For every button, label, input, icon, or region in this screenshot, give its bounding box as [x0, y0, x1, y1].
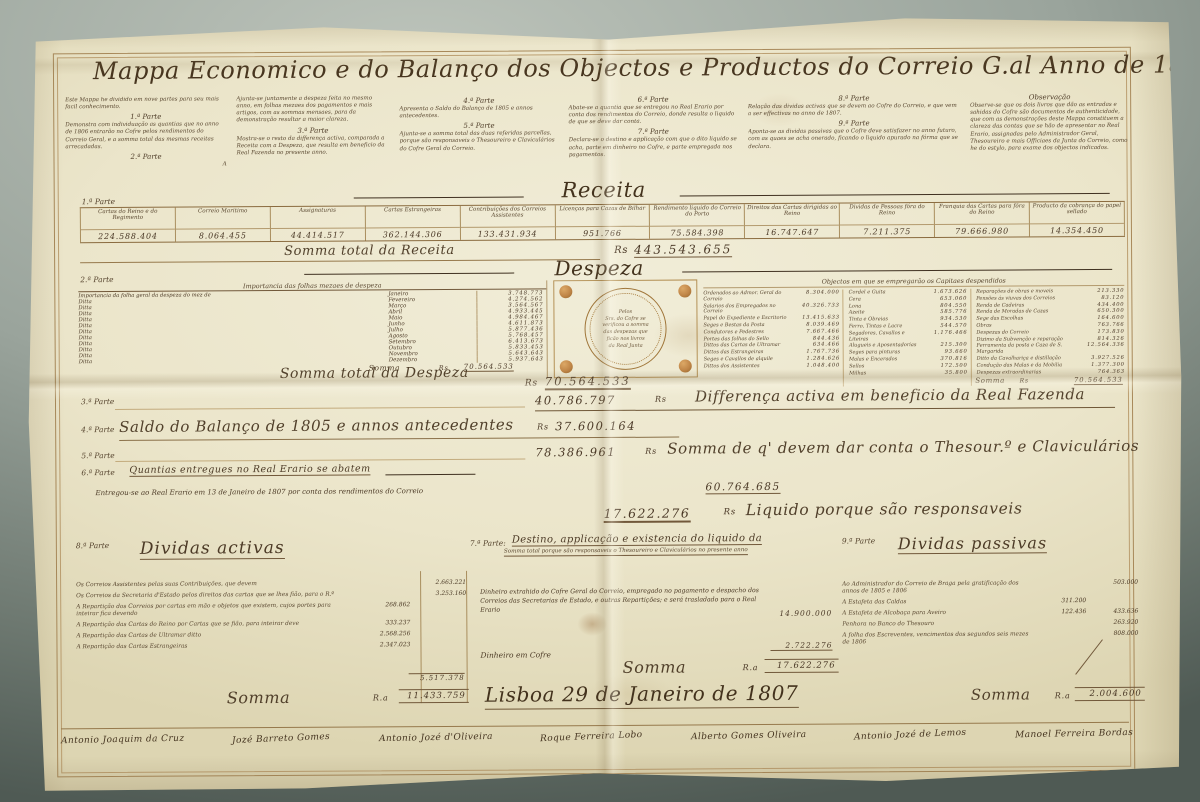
- passivas-item-value-outer: 263.920: [1086, 619, 1138, 626]
- saldo-currency: Rs: [537, 422, 549, 431]
- passivas-item-value-inner: 122.436: [1040, 608, 1086, 615]
- differenca-value: 40.786.797: [535, 393, 616, 407]
- destino-item2-value: 2.722.276: [770, 641, 832, 651]
- objectos-item-label: Sellos: [849, 364, 922, 370]
- parte-5-heading: 5.ª Parte: [399, 122, 558, 131]
- objectos-item-value: 1.284.626: [794, 356, 840, 362]
- passivas-item-row: A Estafeta de Alcobaça para Aveiro 122.4…: [842, 608, 1138, 618]
- objectos-item-value: 1.673.626: [921, 289, 967, 295]
- receita-column: Dividas de Pessoas fóra do Reino 7.211.3…: [840, 203, 935, 238]
- objectos-item-value: 213.330: [1078, 288, 1124, 294]
- differenca-currency: Rs: [655, 395, 667, 404]
- objectos-item-value: 844.436: [794, 335, 840, 341]
- parte-8-text: Relação das dividas activas que se devem…: [748, 103, 960, 119]
- objectos-item-label: Salarios dos Empregados no Correio: [703, 303, 793, 315]
- objectos-item-value: 634.466: [794, 342, 840, 348]
- parte-4-heading: 4.ª Parte: [399, 96, 558, 105]
- parte-9-heading: 9.ª Parte: [748, 119, 960, 128]
- observacao-text: Observe-se que os dois livros que dão as…: [970, 102, 1129, 153]
- objectos-item-label: Condução das Malas e da Mobilia: [977, 363, 1079, 369]
- objectos-item-value: 215.300: [921, 342, 967, 348]
- observacao-heading: Observação: [970, 93, 1129, 102]
- activas-items: Os Correios Assistentes pelas suas Contr…: [76, 579, 466, 654]
- activas-item-label: A Repartição das Cartas Estrangeiras: [76, 642, 358, 651]
- activas-subtotal: 5.517.378: [409, 673, 465, 682]
- notes-col-2: Ajunta-se juntamente a despeza feita no …: [236, 95, 390, 196]
- entregue-value: 60.764.685: [705, 481, 780, 494]
- objectos-item-value: 544.570: [921, 323, 967, 329]
- signature: Manoel Ferreira Bordas: [1015, 728, 1133, 740]
- activas-item-label: Os Correios Assistentes pelas suas Contr…: [76, 581, 358, 590]
- objectos-item-value: 164.600: [1078, 315, 1124, 321]
- parte-9-text: Aponta-se as dividas passivas que o Cofr…: [748, 128, 960, 151]
- receita-column-header: Rendimento liquido do Correio do Porto: [650, 204, 744, 227]
- dividas-activas-panel: 8.ª Parte Dividas activas Os Correios As…: [76, 535, 469, 725]
- signature: Antonio Joaquim da Cruz: [61, 734, 185, 746]
- objectos-item-value: 1.176.466: [921, 330, 967, 336]
- receita-column: Cartas Estrangeiras 362.144.306: [366, 206, 461, 241]
- activas-item-value-inner: 333.237: [358, 619, 410, 626]
- activas-somma-label: Somma: [227, 688, 291, 707]
- objectos-item-value: 804.550: [921, 302, 967, 308]
- objectos-item-label: Ordenados ao Admor. Geral do Correio: [703, 291, 793, 303]
- receita-column-value: 133.431.934: [461, 227, 555, 240]
- notes-col-5: 8.ª Parte Relação das dividas activas qu…: [748, 92, 961, 193]
- activas-item-row: A Repartição dos Correios por cartas em …: [76, 601, 466, 618]
- receita-column: Cartas do Reino e do Regimento 224.588.4…: [81, 208, 176, 243]
- receita-column-header: Dividas de Pessoas fóra do Reino: [840, 203, 934, 226]
- liquido-currency: Rs: [724, 507, 736, 517]
- receita-column: Contribuições dos Correios Assistentes 1…: [460, 205, 555, 240]
- passivas-somma-label: Somma: [971, 685, 1031, 703]
- receita-column: Direitos das Cartas dirigidas ao Reino 1…: [745, 204, 840, 239]
- receita-column-value: 224.588.404: [81, 230, 175, 243]
- parte-4-margin-label: 4.ª Parte: [81, 425, 114, 434]
- parte-3-text: Mostra-se o resto da differença activa, …: [237, 135, 390, 157]
- passivas-items: Ao Administrador do Correio de Braga pel…: [842, 579, 1138, 649]
- objectos-item-label: Condutores e Pedestres: [704, 330, 794, 336]
- parte-6-heading: 6.ª Parte: [568, 95, 737, 104]
- receita-column: Licenças para Cazas de Bilhar 951.766: [555, 205, 650, 240]
- seal-pane: PelosSrs. do Cofre severificou a sommada…: [553, 279, 698, 378]
- destino-somma-currency: R.a: [743, 663, 759, 672]
- objectos-row: Milhas 35.800: [849, 369, 968, 377]
- wax-dot: [559, 285, 572, 298]
- notes-col-6: Observação Observe-se que os dois livros…: [970, 91, 1130, 192]
- receita-column-value: 44.414.517: [271, 228, 365, 241]
- objectos-item-value: 83.120: [1078, 295, 1124, 301]
- receita-column-value: 8.064.455: [176, 229, 270, 242]
- objectos-col-b: Cordel e Guita 1.673.626 Cera 653.060: [849, 289, 972, 387]
- activas-somma-value: 11.433.759: [399, 689, 469, 703]
- passivas-item-row: Ao Administrador do Correio de Braga pel…: [842, 579, 1138, 596]
- receita-column-header: Cartas Estrangeiras: [366, 206, 460, 229]
- passivas-item-label: A Estafeta das Caldas: [842, 598, 1040, 606]
- objectos-item-value: 1.048.400: [794, 362, 840, 368]
- objectos-item-label: Ferramenta da posta e Caza de S. Margari…: [976, 344, 1078, 356]
- activas-part-label: 8.ª Parte: [76, 541, 109, 550]
- objectos-item-label: Pensões ás viuvas dos Correios: [976, 296, 1078, 302]
- saldo-value: 37.600.164: [555, 419, 636, 433]
- verification-seal: PelosSrs. do Cofre severificou a sommada…: [584, 288, 666, 370]
- objectos-row: Ordenados ao Admor. Geral do Correio 8.3…: [703, 290, 839, 303]
- somma-contas-value: 78.386.961: [535, 445, 616, 459]
- parte-7-heading: 7.ª Parte: [569, 128, 738, 137]
- objectos-item-value: 934.530: [921, 316, 967, 322]
- somma-contas-currency: Rs: [645, 447, 657, 456]
- receita-column-header: Cartas do Reino e do Regimento: [81, 208, 175, 231]
- activas-item-value-inner: 2.347.023: [358, 641, 410, 648]
- passivas-part-label: 9.ª Parte: [842, 536, 875, 545]
- passivas-item-row: Penhora no Banco do Thesouro 263.920: [842, 619, 1138, 629]
- date-line: Lisboa 29 de Janeiro de 1807: [485, 681, 799, 710]
- wax-dot: [560, 360, 573, 373]
- objectos-col-a: Ordenados ao Admor. Geral do Correio 8.3…: [703, 290, 844, 388]
- objectos-item-value: 172.500: [922, 363, 968, 369]
- objectos-item-value: 173.830: [1079, 329, 1125, 335]
- activas-item-row: A Repartição das Cartas do Reino por Car…: [76, 619, 466, 629]
- activas-item-row: A Repartição das Cartas de Ultramar ditt…: [76, 630, 466, 640]
- receita-column-header: Licenças para Cazas de Bilhar: [555, 205, 649, 228]
- liquido-value: 17.622.276: [604, 505, 691, 523]
- notes-intro: Este Mappa he dividido em nove partes pa…: [65, 96, 226, 111]
- objectos-item-label: Cera: [849, 297, 922, 303]
- receita-section-title: Receita: [534, 178, 674, 203]
- wax-dot: [678, 284, 691, 297]
- objectos-item-value: 7.667.466: [794, 328, 840, 334]
- receita-column-header: Contribuições dos Correios Assistentes: [460, 205, 554, 228]
- activas-item-row: A Repartição das Cartas Estrangeiras 2.3…: [76, 641, 466, 651]
- objectos-item-label: Despezas do Correio: [976, 330, 1078, 336]
- receita-column-value: 7.211.375: [840, 225, 934, 238]
- passivas-somma-value: 2.004.600: [1075, 687, 1145, 701]
- receita-column: Franquia das Cartas para fóra do Reino 7…: [935, 202, 1030, 237]
- parte-7-text: Declara-se o destino e applicação com qu…: [569, 137, 738, 160]
- activas-item-label: Os Correios da Secretaria d'Estado pelos…: [76, 591, 358, 600]
- parte-3-heading: 3.ª Parte: [236, 126, 389, 135]
- activas-item-value-outer: 3.253.160: [410, 590, 466, 597]
- objectos-item-value: 1.767.736: [794, 349, 840, 355]
- despeza-somma-total-currency: Rs: [525, 378, 538, 388]
- objectos-row: Salarios dos Empregados no Correio 40.32…: [703, 302, 839, 315]
- destino-somma-value: 17.622.276: [765, 659, 839, 673]
- parte-1-text: Demonstra com individuação as quantias q…: [65, 122, 226, 152]
- destino-somma-label: Somma: [623, 658, 687, 677]
- objectos-header: Objectos em que se empregarão os Capitae…: [703, 277, 1124, 289]
- passivas-item-value-outer: 503.000: [1086, 579, 1138, 586]
- objectos-item-label: Cordel e Guita: [849, 290, 922, 296]
- passivas-somma-currency: R.a: [1055, 691, 1071, 700]
- passivas-item-label: A Estafeta de Alcobaça para Aveiro: [842, 609, 1040, 617]
- parte-6-text: Quantias entregues no Real Erario se aba…: [129, 463, 370, 476]
- receita-part-label: 1.ª Parte: [82, 197, 115, 206]
- parte-6-text: Abate-se a quantia que se entregou no Re…: [569, 104, 738, 127]
- objectos-item-value: 3.927.526: [1079, 355, 1125, 361]
- objectos-item-label: Dittos dos Assistentes: [704, 364, 794, 370]
- objectos-item-value: 12.564.336: [1079, 342, 1125, 348]
- objectos-item-value: 40.326.733: [794, 302, 840, 308]
- activas-item-row: Os Correios Assistentes pelas suas Contr…: [76, 579, 466, 589]
- objectos-item-value: 35.800: [922, 369, 968, 375]
- objectos-pane: Objectos em que se empregarão os Capitae…: [703, 277, 1125, 378]
- notes-col-1: Este Mappa he dividido em nove partes pa…: [65, 96, 227, 197]
- passivas-item-label: Ao Administrador do Correio de Braga pel…: [842, 580, 1040, 595]
- signature: Antonio Jozé d'Oliveira: [378, 732, 492, 744]
- objectos-somma-currency: Rs: [1020, 378, 1029, 385]
- objectos-item-value: 650.300: [1078, 308, 1124, 314]
- objectos-columns: Ordenados ao Admor. Geral do Correio 8.3…: [703, 288, 1125, 388]
- objectos-item-value: 13.415.633: [794, 315, 840, 321]
- objectos-col-c: Reparações de obras e moveis 213.330 Pen…: [976, 288, 1125, 386]
- dividas-passivas-panel: 9.ª Parte Dividas passivas Ao Administra…: [842, 531, 1145, 721]
- activas-item-value-inner: 2.568.256: [358, 630, 410, 637]
- objectos-item-label: Malas e Encerados: [849, 357, 922, 363]
- sheet-content: Mappa Economico e do Balanço dos Objecto…: [53, 41, 1148, 788]
- receita-column: Producto da cobrança do papel sellado 14…: [1030, 202, 1125, 237]
- destino-item1-value: 14.900.000: [766, 609, 832, 618]
- objectos-item-value: 763.766: [1079, 322, 1125, 328]
- passivas-item-label: A folha dos Escreventes, vencimentos dos…: [842, 631, 1040, 646]
- differenca-text: Differença activa em beneficio da Real F…: [695, 385, 1085, 405]
- destino-part-label: 7.ª Parte:: [470, 539, 506, 548]
- receita-column-value: 951.766: [555, 227, 649, 240]
- activas-item-label: A Repartição dos Correios por cartas em …: [76, 602, 358, 618]
- passivas-item-value-outer: 808.000: [1086, 630, 1138, 637]
- document-paper: Mappa Economico e do Balanço dos Objecto…: [22, 10, 1189, 795]
- passivas-item-value-outer: 433.636: [1086, 608, 1138, 615]
- parte-3-margin-label: 3.ª Parte: [81, 397, 114, 406]
- objectos-item-value: 8.039.469: [794, 322, 840, 328]
- parte-1-heading: 1.ª Parte: [65, 113, 226, 122]
- parte-6-margin-label: 6.ª Parte: [81, 468, 114, 477]
- receita-column-header: Assignaturas: [271, 206, 365, 229]
- objectos-item-value: 434.400: [1078, 301, 1124, 307]
- objectos-row: Dittos dos Assistentes 1.048.400: [704, 362, 840, 370]
- despeza-somma-total-label: Somma total da Despeza: [280, 365, 469, 382]
- activas-item-value-inner: 268.862: [358, 601, 410, 608]
- objectos-item-label: Segadores, Cavallos e Liteiras: [849, 331, 922, 343]
- objectos-item-value: 93.660: [922, 349, 968, 355]
- objectos-item-value: 585.776: [921, 309, 967, 315]
- signature: Alberto Gomes Oliveira: [691, 730, 807, 742]
- objectos-item-value: 814.326: [1079, 335, 1125, 341]
- receita-column-value: 16.747.647: [745, 226, 839, 239]
- activas-title: Dividas activas: [140, 538, 285, 560]
- passivas-item-row: A folha dos Escreventes, vencimentos dos…: [842, 630, 1138, 647]
- activas-somma-currency: R.a: [373, 693, 389, 702]
- parte-8-heading: 8.ª Parte: [748, 94, 960, 103]
- receita-column-value: 75.584.398: [650, 226, 744, 239]
- objectos-item-label: Milhas: [849, 371, 922, 377]
- passivas-item-label: Penhora no Banco do Thesouro: [842, 620, 1040, 628]
- receita-column-header: Franquia das Cartas para fóra do Reino: [935, 202, 1029, 225]
- objectos-row: Ferramenta da posta e Caza de S. Margari…: [976, 342, 1124, 355]
- somma-contas-text: Somma de q' devem dar conta o Thesour.º …: [667, 437, 1139, 458]
- destino-item1-text: Dinheiro extrahido do Cofre Geral do Cor…: [480, 587, 762, 616]
- despeza-somma-total-value: 70.564.533: [545, 374, 631, 391]
- objectos-row: Segadores, Cavallos e Liteiras 1.176.466: [849, 330, 968, 343]
- receita-table: Cartas do Reino e do Regimento 224.588.4…: [80, 201, 1125, 243]
- despeza-section-title: Despeza: [524, 256, 674, 281]
- objectos-item-value: 8.304.000: [794, 290, 840, 296]
- receita-somma-label: Somma total da Receita: [284, 243, 455, 259]
- objectos-item-value: 370.816: [922, 356, 968, 362]
- activas-item-value-outer: 2.663.221: [410, 579, 466, 586]
- receita-column: Correio Maritimo 8.064.455: [176, 207, 271, 242]
- parte-2-text: Ajunta-se juntamente a despeza feita no …: [236, 95, 389, 125]
- destino-panel: 7.ª Parte: Destino, applicação e existen…: [470, 533, 839, 723]
- passivas-item-row: A Estafeta das Caldas 311.200: [842, 597, 1138, 607]
- wax-dot: [679, 359, 692, 372]
- parte-5-margin-label: 5.ª Parte: [81, 451, 114, 460]
- saldo-text: Saldo do Balanço de 1805 e annos anteced…: [119, 416, 514, 436]
- seal-text-line: da Real Junta: [592, 342, 660, 349]
- receita-column-header: Correio Maritimo: [176, 207, 270, 230]
- receita-column-value: 14.354.450: [1030, 224, 1124, 237]
- activas-item-label: A Repartição das Cartas do Reino por Car…: [76, 620, 358, 629]
- parte-2-heading: 2.ª Parte: [65, 152, 226, 161]
- passivas-item-value-inner: 311.200: [1040, 597, 1086, 604]
- objectos-item-value: 653.060: [921, 296, 967, 302]
- parte-4-text: Apresenta o Saldo do Balanço de 1805 e a…: [399, 105, 558, 120]
- receita-column: Rendimento liquido do Correio do Porto 7…: [650, 204, 745, 239]
- parte-5-text: Ajunta-se a somma total das duas referid…: [400, 131, 559, 153]
- destino-heading: Destino, applicação e existencia do liqu…: [512, 533, 762, 547]
- receita-column-value: 79.666.980: [935, 224, 1029, 237]
- destino-item2-text: Dinheiro em Cofre: [481, 650, 551, 659]
- objectos-item-value: 1.377.300: [1079, 362, 1125, 368]
- objectos-item-label: Sege das Escolhas: [976, 316, 1078, 322]
- receita-column: Assignaturas 44.414.517: [271, 206, 366, 241]
- passivas-title: Dividas passivas: [898, 533, 1047, 554]
- liquido-text: Liquido porque são responsaveis: [746, 499, 1023, 519]
- activas-item-row: Os Correios da Secretaria d'Estado pelos…: [76, 590, 466, 600]
- receita-column-header: Direitos das Cartas dirigidas ao Reino: [745, 204, 839, 227]
- receita-column-header: Producto da cobrança do papel sellado: [1030, 202, 1124, 225]
- objectos-somma-label: Somma: [975, 377, 1005, 385]
- parte-2-lead: A: [66, 161, 227, 169]
- seal-text: PelosSrs. do Cofre severificou a sommada…: [591, 299, 659, 359]
- destino-subheading: Somma total porque são responsaveis o Th…: [504, 547, 748, 557]
- months-somma-value: 70.564.533: [464, 363, 514, 372]
- receita-column-value: 362.144.306: [366, 228, 460, 241]
- receita-somma-currency: Rs: [614, 245, 628, 256]
- photo-stage: Mappa Economico e do Balanço dos Objecto…: [0, 0, 1200, 802]
- activas-item-label: A Repartição das Cartas de Ultramar ditt…: [76, 631, 358, 640]
- despeza-months-rows: Importancia da folha geral da despeza do…: [78, 291, 546, 366]
- despeza-block: Importancia das folhas mezaes de despeza…: [78, 277, 1125, 381]
- objectos-item-value: 764.363: [1079, 368, 1125, 374]
